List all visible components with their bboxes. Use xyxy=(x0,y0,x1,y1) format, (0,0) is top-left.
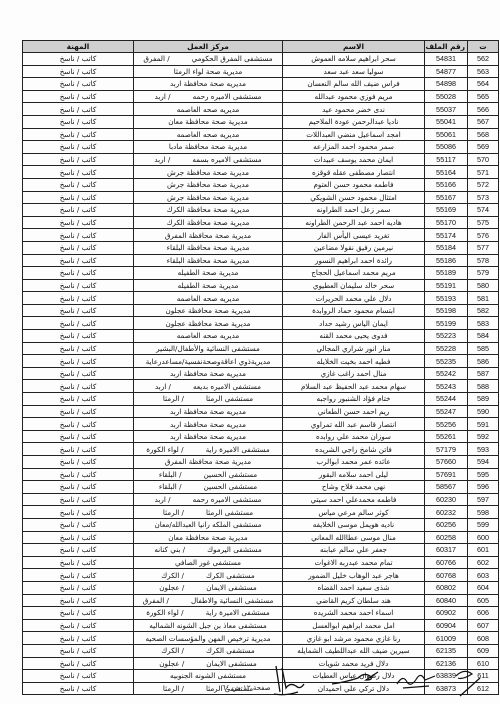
cell-file-number: 55174 xyxy=(425,229,468,242)
cell-name: ابتسام محمود حماد الروابدة xyxy=(283,304,425,317)
cell-seq: 577 xyxy=(468,241,499,254)
cell-workplace: مديرية صحة محافظة عجلون xyxy=(134,304,283,317)
cell-name: اسماء احمد محمد الشريده xyxy=(283,607,425,620)
cell-file-number: 55184 xyxy=(425,241,468,254)
cell-seq: 607 xyxy=(468,619,499,632)
workplace-city: / الكرك xyxy=(161,570,184,581)
cell-name: تغريد عيسى اليأس الفار xyxy=(283,229,425,242)
table-row: 57555170هاديه احمد عبد الرحمن الطراونهمد… xyxy=(23,216,499,229)
table-row: 58455223فدوى يحيى محمد القنهمديريه صحه ا… xyxy=(23,330,499,343)
cell-seq: 589 xyxy=(468,393,499,406)
table-row: 58155193دلال علي محمد الحريراتمديريه صحه… xyxy=(23,292,499,305)
table-row: 60060258منال موسى عطاالله المعانيمديرية … xyxy=(23,531,499,544)
workplace-name: مديريةذوي اعاقةوصحةنفسية/مساعدرعاية xyxy=(146,356,271,367)
cell-name: ناديا عبدالرحمن عودة الملاحيم xyxy=(283,115,425,128)
workplace-name: مديرية صحة محافظة البلقاء xyxy=(167,242,250,253)
cell-seq: 588 xyxy=(468,380,499,393)
workplace-city: / الرمثا xyxy=(163,393,184,404)
cell-seq: 596 xyxy=(468,481,499,494)
workplace-city: / الرمثا xyxy=(163,507,184,518)
cell-seq: 571 xyxy=(468,166,499,179)
cell-file-number: 55247 xyxy=(425,405,468,418)
cell-file-number: 60802 xyxy=(425,581,468,594)
cell-job: كاتب / ناسخ xyxy=(23,103,134,116)
cell-name: سمر محمود احمد المزارعه xyxy=(283,141,425,154)
cell-name: فاطمه محمود حسن العتوم xyxy=(283,178,425,191)
cell-name: نهى محمد فلاح وشاح xyxy=(283,481,425,494)
cell-name: ندى خضر محمود عيد xyxy=(283,103,425,116)
table-row: 57655174تغريد عيسى اليأس الفارمديرية صحة… xyxy=(23,229,499,242)
workplace-name: مديرية صحة محافظة عجلون xyxy=(165,305,250,316)
table-row: 59155256انتصار قاسم عبد الله تمراويمديري… xyxy=(23,418,499,431)
page-footer: صفحة ١٢ من ٦٤ xyxy=(0,672,500,704)
cell-seq: 565 xyxy=(468,90,499,103)
table-row: 57155164انتصار مصطفى عقله قوقزهمديرية صح… xyxy=(23,166,499,179)
cell-seq: 568 xyxy=(468,128,499,141)
workplace-city: / البلقاء xyxy=(159,469,182,480)
cell-file-number: 55028 xyxy=(425,90,468,103)
table-row: 59960256ناديه هويمل موسى الخلايفهمستشفى … xyxy=(23,518,499,531)
cell-name: كوثر سالم مرعي مياس xyxy=(283,506,425,519)
cell-job: كاتب / ناسخ xyxy=(23,456,134,469)
cell-seq: 602 xyxy=(468,556,499,569)
cell-file-number: 60766 xyxy=(425,556,468,569)
table-row: 59457660عائده عمر محمد ابوالربمديرية صحة… xyxy=(23,456,499,469)
workplace-city: / لواء الكورة xyxy=(146,444,183,455)
cell-seq: 597 xyxy=(468,493,499,506)
cell-workplace: مديرية صحة محافظة المفرق xyxy=(134,229,283,242)
cell-job: كاتب / ناسخ xyxy=(23,544,134,557)
workplace-city: / بني كنانه xyxy=(154,544,185,555)
cell-job: كاتب / ناسخ xyxy=(23,644,134,657)
cell-workplace: مديريه صحه العاصمه xyxy=(134,128,283,141)
cell-job: كاتب / ناسخ xyxy=(23,619,134,632)
cell-name: ايمان محمد يوسف عبيدات xyxy=(283,153,425,166)
cell-name: فاطمه محمدعلي احمد سيتي xyxy=(283,493,425,506)
cell-seq: 572 xyxy=(468,178,499,191)
workplace-city: / الكرك xyxy=(161,645,184,656)
cell-workplace: مستشفى الاميره بديعه/ اربد xyxy=(134,380,283,393)
cell-name: سحر خالد سليمان العطيوي xyxy=(283,279,425,292)
cell-workplace: مديريه صحة محافظة اربد xyxy=(134,78,283,91)
workplace-name: مديريه صحة محافظة اربد xyxy=(170,406,246,417)
table-row: 58555228منار انور شراري المجاليمستشفى ال… xyxy=(23,342,499,355)
workplace-name: مديرية صحة الطفيله xyxy=(178,280,239,291)
cell-seq: 609 xyxy=(468,644,499,657)
workplace-name: مستشفى الكرك xyxy=(206,570,255,581)
cell-seq: 598 xyxy=(468,506,499,519)
document-page: ت رقم الملف الاسم مركز العمل المهنة 5625… xyxy=(0,0,500,704)
cell-name: عائده عمر محمد ابوالرب xyxy=(283,456,425,469)
cell-seq: 586 xyxy=(468,355,499,368)
header-seq: ت xyxy=(468,41,499,53)
cell-job: كاتب / ناسخ xyxy=(23,594,134,607)
cell-job: كاتب / ناسخ xyxy=(23,493,134,506)
cell-file-number: 60317 xyxy=(425,544,468,557)
cell-seq: 603 xyxy=(468,569,499,582)
cell-seq: 576 xyxy=(468,229,499,242)
workplace-name: مستشفى الكرك xyxy=(206,645,255,656)
workplace-name: مستشفى الاميره بديعه xyxy=(193,381,261,392)
workplace-name: مديرية صحة محافظة مادبا xyxy=(169,141,247,152)
table-row: 58255198ابتسام محمود حماد الروابدةمديرية… xyxy=(23,304,499,317)
cell-name: منار انور شراري المجالي xyxy=(283,342,425,355)
cell-name: سوليا سعد عبد سعد xyxy=(283,65,425,78)
cell-file-number: 55164 xyxy=(425,166,468,179)
workplace-name: مديريه صحة محافظة اربد xyxy=(170,368,246,379)
header-job: المهنة xyxy=(23,41,134,53)
workplace-name: مديرية صحة محافظة المفرق xyxy=(165,456,251,467)
workplace-city: / اربد xyxy=(154,154,170,165)
cell-file-number: 61009 xyxy=(425,632,468,645)
table-row: 59860232كوثر سالم مرعي مياسمستشفى الرمثا… xyxy=(23,506,499,519)
cell-seq: 605 xyxy=(468,594,499,607)
cell-file-number: 60902 xyxy=(425,607,468,620)
cell-job: كاتب / ناسخ xyxy=(23,380,134,393)
cell-workplace: مديريةذوي اعاقةوصحةنفسية/مساعدرعاية xyxy=(134,355,283,368)
cell-seq: 604 xyxy=(468,581,499,594)
cell-workplace: مستشفى الحسين/ البلقاء xyxy=(134,468,283,481)
cell-seq: 585 xyxy=(468,342,499,355)
workplace-city: / لواء الكورة xyxy=(146,607,183,618)
cell-workplace: مديرية صحة محافظة معان xyxy=(134,531,283,544)
cell-file-number: 55166 xyxy=(425,178,468,191)
cell-file-number: 55235 xyxy=(425,355,468,368)
cell-workplace: مديريه صحة محافظة اربد xyxy=(134,418,283,431)
cell-job: كاتب / ناسخ xyxy=(23,90,134,103)
table-row: 58355199ايمان الياس رشيد حدادمديرية صحة … xyxy=(23,317,499,330)
workplace-name: مديريه صحه العاصمه xyxy=(177,330,240,341)
cell-job: كاتب / ناسخ xyxy=(23,292,134,305)
workplace-name: مستشفى الحسين xyxy=(204,481,258,492)
cell-name: ايمان الياس رشيد حداد xyxy=(283,317,425,330)
table-row: 58855243سهام محمد عبد الحفيظ عبد السلامم… xyxy=(23,380,499,393)
cell-job: كاتب / ناسخ xyxy=(23,506,134,519)
cell-name: امجد اسماعيل منضي العبداللات xyxy=(283,128,425,141)
cell-job: كاتب / ناسخ xyxy=(23,317,134,330)
cell-job: كاتب / ناسخ xyxy=(23,481,134,494)
cell-seq: 578 xyxy=(468,254,499,267)
workplace-name: مديرية صحة لواء الرمثا xyxy=(174,66,243,77)
cell-workplace: مديريه صحه العاصمه xyxy=(134,103,283,116)
cell-job: كاتب / ناسخ xyxy=(23,556,134,569)
workplace-name: مديريه صحه العاصمه xyxy=(177,129,240,140)
cell-name: سهام محمد عبد الحفيظ عبد السلام xyxy=(283,380,425,393)
cell-seq: 583 xyxy=(468,317,499,330)
cell-file-number: 57179 xyxy=(425,443,468,456)
workplace-name: مديرية صحة محافظة الكرك xyxy=(167,204,250,215)
cell-file-number: 55186 xyxy=(425,254,468,267)
table-row: 59357179فاتن شامخ راجي الشريدهمستشفى الا… xyxy=(23,443,499,456)
cell-job: كاتب / ناسخ xyxy=(23,355,134,368)
cell-workplace: مديرية صحة محافظة جرش xyxy=(134,178,283,191)
cell-workplace: مستشفى اليرموك/ بني كنانه xyxy=(134,544,283,557)
cell-job: كاتب / ناسخ xyxy=(23,166,134,179)
cell-workplace: مستشفى الاميرة راية/ لواء الكورة xyxy=(134,443,283,456)
cell-name: شذى سعيد احمد القضاه xyxy=(283,581,425,594)
header-file-number: رقم الملف xyxy=(425,41,468,53)
cell-seq: 594 xyxy=(468,456,499,469)
workplace-name: مديرية صحة محافظة البلقاء xyxy=(167,255,250,266)
header-workplace: مركز العمل xyxy=(134,41,283,53)
cell-file-number: 55169 xyxy=(425,204,468,217)
workplace-name: مديرية صحة الطفيله xyxy=(178,267,239,278)
cell-workplace: مديرية صحة محافظة جرش xyxy=(134,191,283,204)
cell-workplace: مديرية صحة محافظة البلقاء xyxy=(134,241,283,254)
cell-seq: 590 xyxy=(468,405,499,418)
employee-roster-table: ت رقم الملف الاسم مركز العمل المهنة 5625… xyxy=(22,40,499,695)
cell-job: كاتب / ناسخ xyxy=(23,53,134,66)
workplace-name: مستشفى الاميرة راية xyxy=(206,444,270,455)
cell-job: كاتب / ناسخ xyxy=(23,204,134,217)
cell-name: هاجر عبد الوهاب خليل الضمور xyxy=(283,569,425,582)
workplace-name: مستشفى اليرموك xyxy=(207,544,262,555)
workplace-name: مديرية صحة محافظة معان xyxy=(168,532,248,543)
cell-job: كاتب / ناسخ xyxy=(23,191,134,204)
workplace-city: / عجلون xyxy=(159,582,184,593)
cell-workplace: مديرية صحة الطفيله xyxy=(134,267,283,280)
signature-mark xyxy=(450,668,490,698)
table-row: 59760230فاطمه محمدعلي احمد سيتيمستشفى ال… xyxy=(23,493,499,506)
cell-seq: 595 xyxy=(468,468,499,481)
cell-seq: 567 xyxy=(468,115,499,128)
cell-file-number: 55193 xyxy=(425,292,468,305)
workplace-name: مديرية صحة محافظة معان xyxy=(168,116,248,127)
cell-file-number: 60256 xyxy=(425,518,468,531)
cell-workplace: مستشفى الرمثا/ الرمثا xyxy=(134,506,283,519)
cell-name: نيرمين رفيق نقولا مضاعين xyxy=(283,241,425,254)
cell-job: كاتب / ناسخ xyxy=(23,468,134,481)
cell-name: انتصار قاسم عبد الله تمراوي xyxy=(283,418,425,431)
cell-name: سيرين ضيف الله عبداللطيف الشمايله xyxy=(283,644,425,657)
cell-file-number: 55223 xyxy=(425,330,468,343)
cell-file-number: 55243 xyxy=(425,380,468,393)
workplace-name: مستشفى غور الصافي xyxy=(175,557,241,568)
cell-workplace: مستشفى الاميره بسمه/ اربد xyxy=(134,153,283,166)
cell-name: ختام فؤاد الشنبور رواجبه xyxy=(283,393,425,406)
cell-file-number: 55061 xyxy=(425,128,468,141)
cell-file-number: 54877 xyxy=(425,65,468,78)
cell-job: كاتب / ناسخ xyxy=(23,330,134,343)
cell-workplace: مستشفى الكرك/ الكرك xyxy=(134,569,283,582)
table-row: 60861009رنا غازي محمود مرشد ابو غازيمدير… xyxy=(23,632,499,645)
table-row: 57955189مريم محمد اسماعيل الحجاجمديرية ص… xyxy=(23,267,499,280)
workplace-name: مستشفى الملكه رانيا العبدالله/معان xyxy=(155,519,262,530)
workplace-name: مستشفى الرمثا xyxy=(206,393,253,404)
table-row: 59658567نهى محمد فلاح وشاحمستشفى الحسين/… xyxy=(23,481,499,494)
cell-file-number: 54831 xyxy=(425,53,468,66)
cell-workplace: مستشفى الملكه رانيا العبدالله/معان xyxy=(134,518,283,531)
workplace-name: مديرية صحة محافظة الكرك xyxy=(167,217,250,228)
cell-job: كاتب / ناسخ xyxy=(23,141,134,154)
cell-seq: 570 xyxy=(468,153,499,166)
cell-name: فطيه احمد بخيت الخلايله xyxy=(283,355,425,368)
workplace-name: مستشفى النسائية والأطفال/البشير xyxy=(156,343,260,354)
header-name: الاسم xyxy=(283,41,425,53)
workplace-name: مديرية صحة محافظة عجلون xyxy=(165,318,250,329)
cell-job: كاتب / ناسخ xyxy=(23,229,134,242)
workplace-city: / اربد xyxy=(155,381,171,392)
cell-job: كاتب / ناسخ xyxy=(23,518,134,531)
cell-workplace: مديرية صحة محافظة معان xyxy=(134,115,283,128)
cell-file-number: 55117 xyxy=(425,153,468,166)
cell-name: امل محمد ابراهيم ابوالعسل xyxy=(283,619,425,632)
table-row: 57755184نيرمين رفيق نقولا مضاعينمديرية ص… xyxy=(23,241,499,254)
cell-seq: 591 xyxy=(468,418,499,431)
cell-workplace: مستشفى المفرق الحكومي/ المفرق xyxy=(134,53,283,66)
cell-workplace: مستشفى الاميرة راية/ لواء الكورة xyxy=(134,607,283,620)
cell-job: كاتب / ناسخ xyxy=(23,279,134,292)
cell-job: كاتب / ناسخ xyxy=(23,115,134,128)
cell-name: تمام محمد عبدربه الاغوات xyxy=(283,556,425,569)
signature-mark xyxy=(395,670,437,692)
cell-job: كاتب / ناسخ xyxy=(23,342,134,355)
cell-workplace: مستشفى الايمان/ عجلون xyxy=(134,581,283,594)
table-row: 56555028مريم فوزي محمود عبداللهمستشفى ال… xyxy=(23,90,499,103)
cell-workplace: مستشفى الحسين/ البلقاء xyxy=(134,481,283,494)
cell-job: كاتب / ناسخ xyxy=(23,267,134,280)
table-row: 60160317جعفر علي سالم عبابنهمستشفى اليرم… xyxy=(23,544,499,557)
cell-workplace: مستشفى الكرك/ الكرك xyxy=(134,644,283,657)
table-row: 57855186رائدة احمد ابراهيم النسورمديرية … xyxy=(23,254,499,267)
cell-file-number: 55228 xyxy=(425,342,468,355)
table-row: 59557691ليلى احمد سلامه البقورمستشفى الح… xyxy=(23,468,499,481)
cell-name: مريم فوزي محمود عبدالله xyxy=(283,90,425,103)
cell-job: كاتب / ناسخ xyxy=(23,531,134,544)
cell-workplace: مستشفى معاذ بن جبل الشونه الشماليه xyxy=(134,619,283,632)
cell-seq: 599 xyxy=(468,518,499,531)
cell-job: كاتب / ناسخ xyxy=(23,241,134,254)
table-row: 60962135سيرين ضيف الله عبداللطيف الشمايل… xyxy=(23,644,499,657)
workplace-name: مستشفى الرمثا xyxy=(206,507,253,518)
cell-workplace: مستشفى الاميره رحمه/ اربد xyxy=(134,90,283,103)
cell-file-number: 55244 xyxy=(425,393,468,406)
cell-workplace: مستشفى الرمثا/ الرمثا xyxy=(134,393,283,406)
cell-seq: 580 xyxy=(468,279,499,292)
table-row: 58755242منال احمد راغب غازيمديريه صحة مح… xyxy=(23,367,499,380)
cell-seq: 592 xyxy=(468,430,499,443)
workplace-name: مستشفى المفرق الحكومي xyxy=(192,53,273,64)
cell-name: سحر ابراهيم سلامه العموش xyxy=(283,53,425,66)
table-row: 60260766تمام محمد عبدربه الاغواتمستشفى غ… xyxy=(23,556,499,569)
workplace-city: / اربد xyxy=(155,91,171,102)
cell-job: كاتب / ناسخ xyxy=(23,418,134,431)
cell-name: انتصار مصطفى عقله قوقزه xyxy=(283,166,425,179)
workplace-city: / عجلون xyxy=(159,658,184,669)
cell-seq: 606 xyxy=(468,607,499,620)
cell-file-number: 55041 xyxy=(425,115,468,128)
cell-workplace: مديرية صحة لواء الرمثا xyxy=(134,65,283,78)
cell-seq: 587 xyxy=(468,367,499,380)
cell-workplace: مستشفى غور الصافي xyxy=(134,556,283,569)
table-row: 58055191سحر خالد سليمان العطيويمديرية صح… xyxy=(23,279,499,292)
workplace-name: مستشفى معاذ بن جبل الشونه الشماليه xyxy=(149,620,266,631)
cell-file-number: 55199 xyxy=(425,317,468,330)
table-row: 56655037ندى خضر محمود عيدمديريه صحه العا… xyxy=(23,103,499,116)
table-header-row: ت رقم الملف الاسم مركز العمل المهنة xyxy=(23,41,499,53)
cell-workplace: مديرية صحة محافظة الكرك xyxy=(134,204,283,217)
cell-seq: 581 xyxy=(468,292,499,305)
workplace-name: مديرية صحة محافظة جرش xyxy=(167,167,249,178)
workplace-name: مديريه صحه العاصمه xyxy=(177,104,240,115)
cell-job: كاتب / ناسخ xyxy=(23,304,134,317)
cell-name: سوزان محمد علي روابده xyxy=(283,430,425,443)
workplace-city: / المفرق xyxy=(143,53,169,64)
workplace-name: مستشفى الاميره رحمه xyxy=(193,91,262,102)
table-row: 60460802شذى سعيد احمد القضاهمستشفى الايم… xyxy=(23,581,499,594)
workplace-name: مستشفى الايمان xyxy=(206,582,256,593)
cell-file-number: 55189 xyxy=(425,267,468,280)
cell-name: ليلى احمد سلامه البقور xyxy=(283,468,425,481)
table-row: 59255261سوزان محمد علي روابدهمديريه صحة … xyxy=(23,430,499,443)
table-row: 56955086سمر محمود احمد المزارعهمديرية صح… xyxy=(23,141,499,154)
cell-name: رائدة احمد ابراهيم النسور xyxy=(283,254,425,267)
workplace-name: مستشفى النسائية والاطفال xyxy=(191,595,273,606)
workplace-name: مديرية ترخيص المهن والمؤسسات الصحيه xyxy=(145,633,270,644)
cell-file-number: 55086 xyxy=(425,141,468,154)
cell-seq: 573 xyxy=(468,191,499,204)
cell-seq: 608 xyxy=(468,632,499,645)
table-body: 56254831سحر ابراهيم سلامه العموشمستشفى ا… xyxy=(23,53,499,695)
cell-workplace: مديرية ترخيص المهن والمؤسسات الصحيه xyxy=(134,632,283,645)
cell-workplace: مديريه صحة محافظة اربد xyxy=(134,367,283,380)
workplace-name: مستشفى الاميرة راية xyxy=(206,607,270,618)
cell-seq: 566 xyxy=(468,103,499,116)
cell-seq: 575 xyxy=(468,216,499,229)
workplace-name: مستشفى الاميره بسمه xyxy=(192,154,261,165)
cell-file-number: 54898 xyxy=(425,78,468,91)
cell-job: كاتب / ناسخ xyxy=(23,78,134,91)
cell-name: فراس ضيف الله سالم النعسان xyxy=(283,78,425,91)
cell-seq: 582 xyxy=(468,304,499,317)
cell-workplace: مستشفى النسائية والاطفال/ المفرق xyxy=(134,594,283,607)
cell-job: كاتب / ناسخ xyxy=(23,405,134,418)
workplace-name: مديريه صحة محافظة اربد xyxy=(170,419,246,430)
cell-job: كاتب / ناسخ xyxy=(23,65,134,78)
cell-seq: 563 xyxy=(468,65,499,78)
cell-job: كاتب / ناسخ xyxy=(23,367,134,380)
table-row: 60660902اسماء احمد محمد الشريدهمستشفى ال… xyxy=(23,607,499,620)
cell-workplace: مديرية صحة محافظة عجلون xyxy=(134,317,283,330)
workplace-name: مستشفى الاميره رحمه xyxy=(193,494,262,505)
cell-file-number: 55242 xyxy=(425,367,468,380)
cell-job: كاتب / ناسخ xyxy=(23,657,134,670)
table-row: 56454898فراس ضيف الله سالم النعسانمديريه… xyxy=(23,78,499,91)
table-row: 60360768هاجر عبد الوهاب خليل الضمورمستشف… xyxy=(23,569,499,582)
cell-name: منال موسى عطاالله المعاني xyxy=(283,531,425,544)
cell-file-number: 60768 xyxy=(425,569,468,582)
cell-job: كاتب / ناسخ xyxy=(23,128,134,141)
cell-file-number: 60230 xyxy=(425,493,468,506)
workplace-name: مديرية صحة محافظة جرش xyxy=(167,192,249,203)
cell-workplace: مستشفى النسائية والأطفال/البشير xyxy=(134,342,283,355)
workplace-name: مستشفى الايمان xyxy=(206,658,256,669)
page-number: صفحة ١٢ من ٦٤ xyxy=(222,684,271,692)
cell-name: دلال علي محمد الحريرات xyxy=(283,292,425,305)
cell-workplace: مديرية صحة الطفيله xyxy=(134,279,283,292)
table-row: 57255166فاطمه محمود حسن العتوممديرية صحة… xyxy=(23,178,499,191)
cell-file-number: 57691 xyxy=(425,468,468,481)
cell-workplace: مديرية صحة محافظة الكرك xyxy=(134,216,283,229)
signature-mark xyxy=(270,664,310,698)
cell-job: كاتب / ناسخ xyxy=(23,254,134,267)
cell-file-number: 60232 xyxy=(425,506,468,519)
table-row: 57455169سمر زعل احمد الطراونهمديرية صحة … xyxy=(23,204,499,217)
table-row: 60560840هند سلطان كريم القاضيمستشفى النس… xyxy=(23,594,499,607)
cell-job: كاتب / ناسخ xyxy=(23,581,134,594)
signature-mark xyxy=(330,668,380,688)
cell-job: كاتب / ناسخ xyxy=(23,178,134,191)
